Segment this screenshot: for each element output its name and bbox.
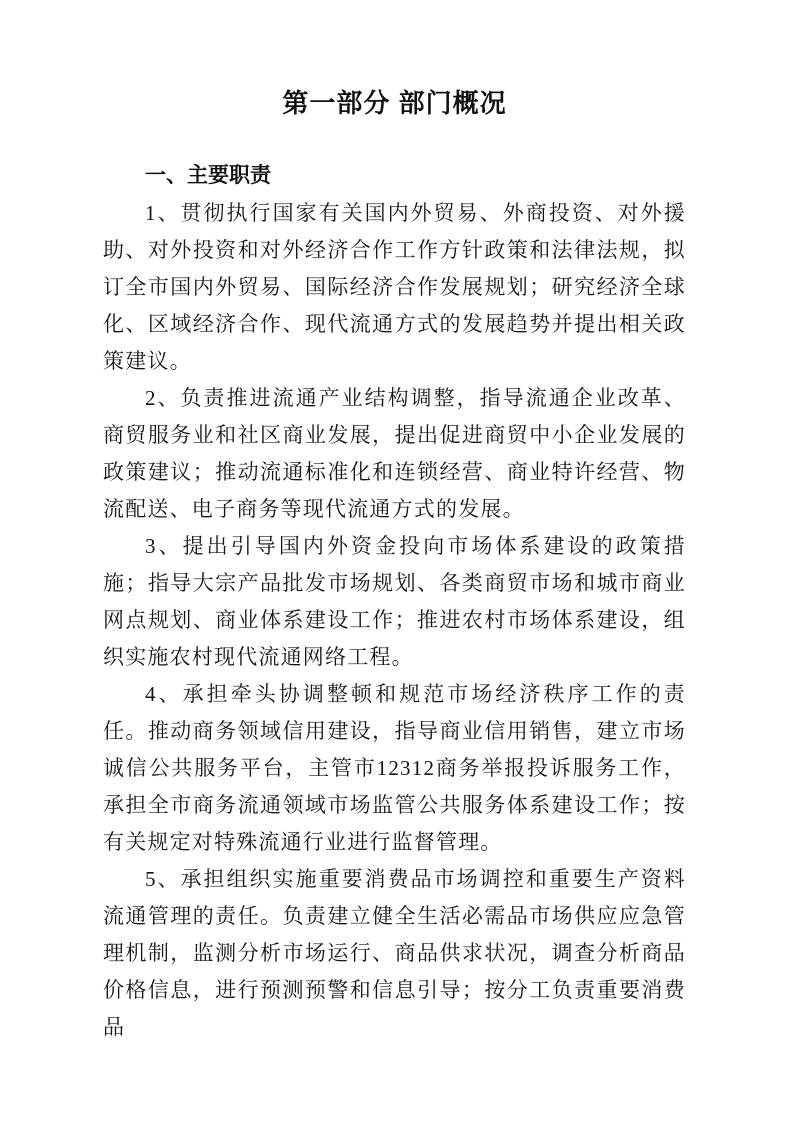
paragraph: 3、提出引导国内外资金投向市场体系建设的政策措施；指导大宗产品批发市场规划、各类…: [103, 528, 686, 676]
paragraph: 2、负责推进流通产业结构调整，指导流通企业改革、商贸服务业和社区商业发展，提出促…: [103, 380, 686, 528]
paragraph: 5、承担组织实施重要消费品市场调控和重要生产资料流通管理的责任。负责建立健全生活…: [103, 861, 686, 1046]
section-body: 1、贯彻执行国家有关国内外贸易、外商投资、对外援助、对外投资和对外经济合作工作方…: [103, 195, 686, 1046]
document-page: 第一部分 部门概况 一、主要职责 1、贯彻执行国家有关国内外贸易、外商投资、对外…: [0, 0, 793, 1122]
paragraph: 1、贯彻执行国家有关国内外贸易、外商投资、对外援助、对外投资和对外经济合作工作方…: [103, 195, 686, 380]
paragraph: 4、承担牵头协调整顿和规范市场经济秩序工作的责任。推动商务领域信用建设，指导商业…: [103, 676, 686, 861]
document-title: 第一部分 部门概况: [103, 88, 686, 118]
section-heading: 一、主要职责: [103, 164, 686, 187]
